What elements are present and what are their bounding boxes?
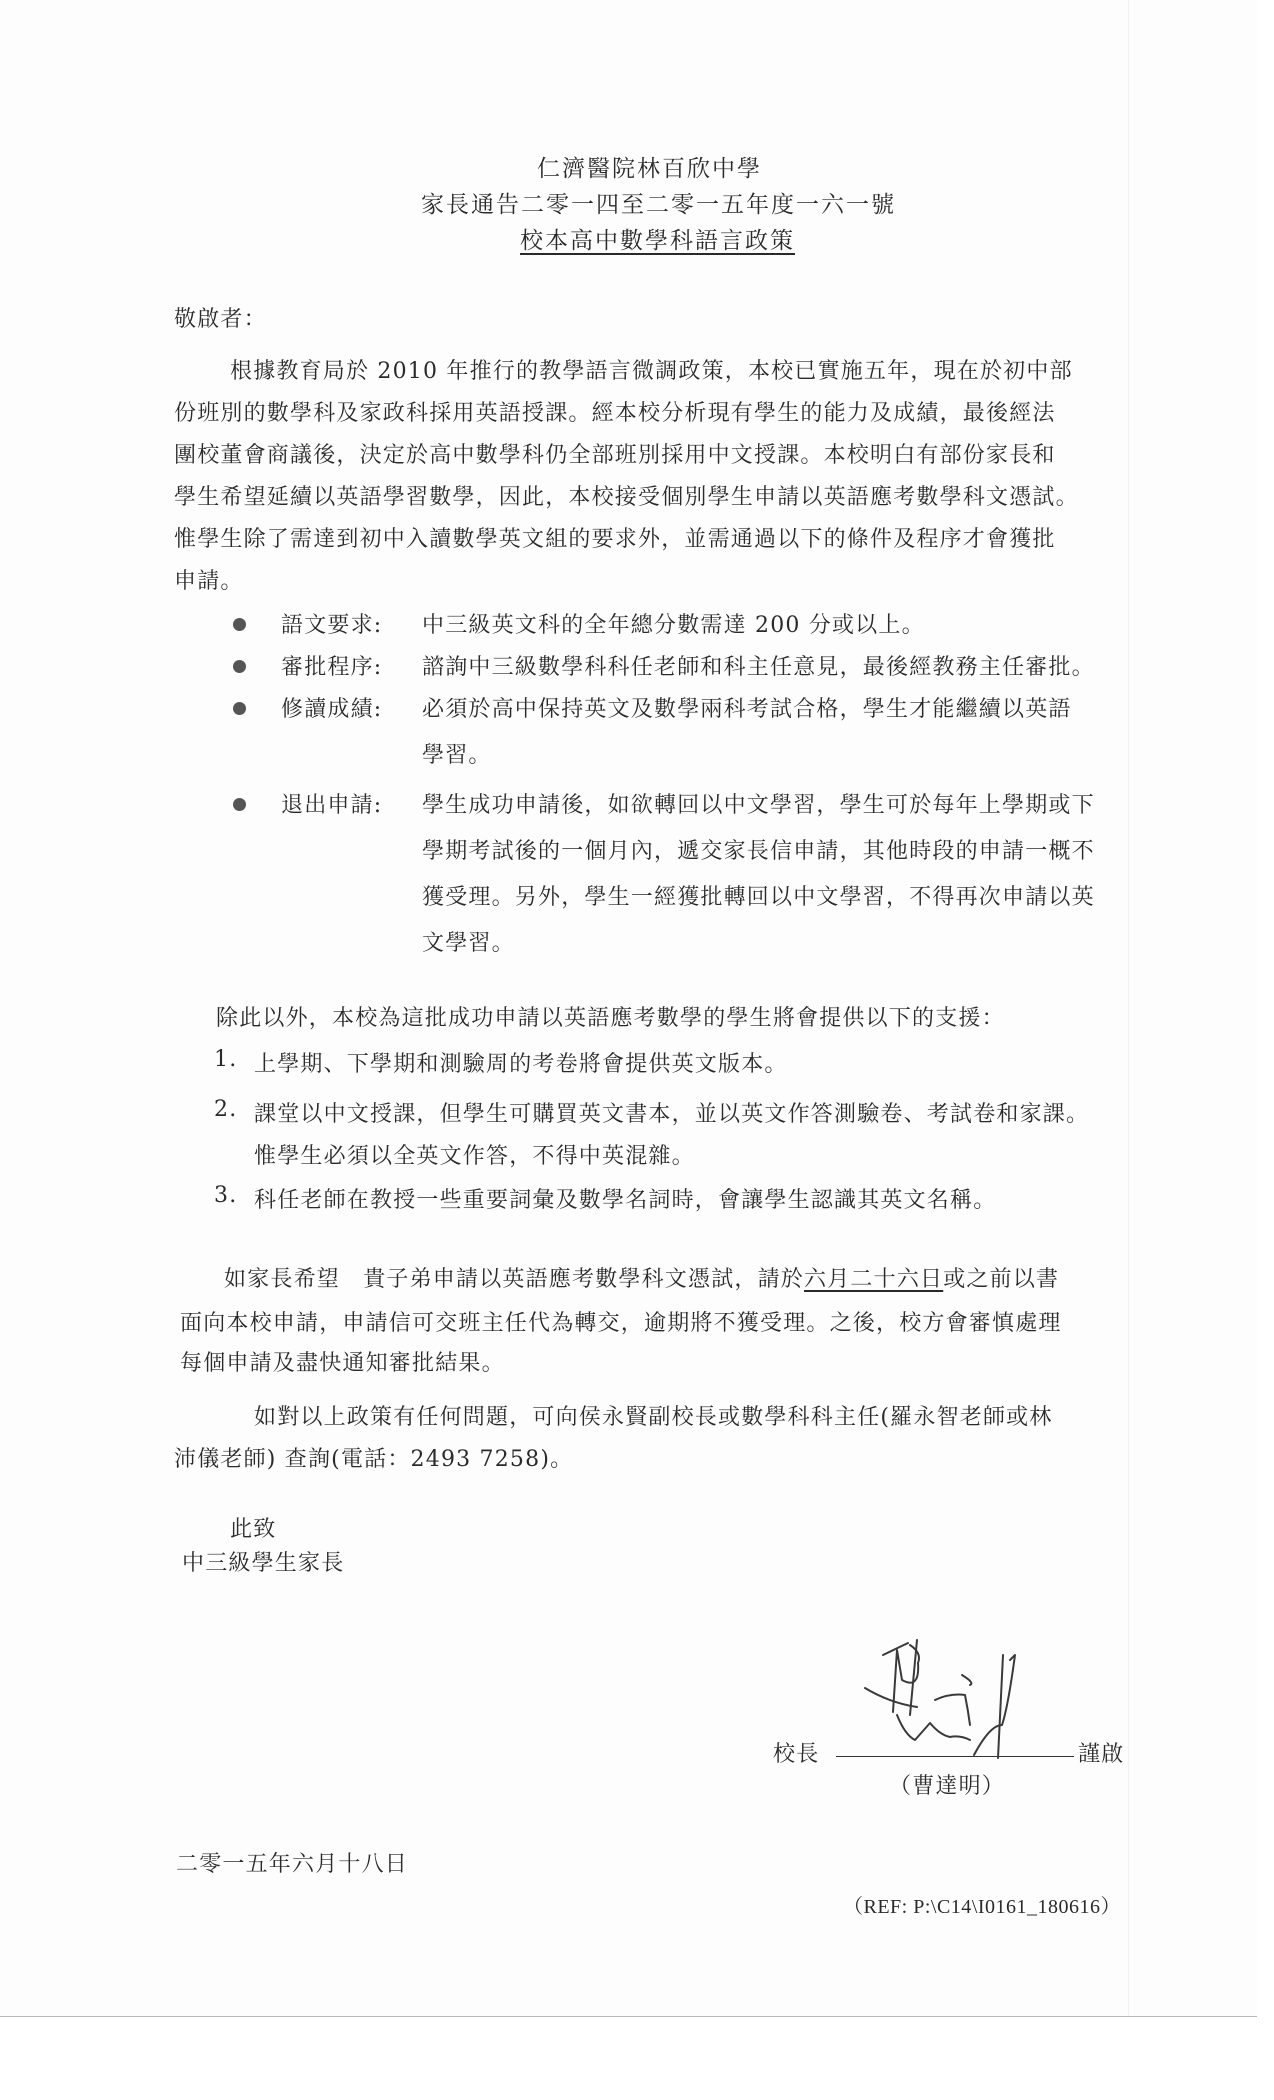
support-intro: 除此以外，本校為這批成功申請以英語應考數學的學生將會提供以下的支援： bbox=[216, 1001, 1005, 1032]
condition-text: 中三級英文科的全年總分數需達 200 分或以上。 bbox=[422, 608, 925, 639]
intro-line: 根據教育局於 2010 年推行的教學語言微調政策，本校已實施五年，現在於初中部 bbox=[230, 354, 1073, 385]
notice-number: 家長通告二零一四至二零一五年度一六一號 bbox=[421, 186, 896, 219]
application-text: 或之前以書 bbox=[943, 1267, 1059, 1292]
intro-line: 份班別的數學科及家政科採用英語授課。經本校分析現有學生的能力及成績，最後經法 bbox=[174, 396, 1056, 427]
closing-phrase: 此致 bbox=[230, 1512, 276, 1543]
document-date: 二零一五年六月十八日 bbox=[176, 1847, 408, 1878]
scan-artifact-line bbox=[1128, 0, 1129, 2016]
condition-label: 審批程序: bbox=[281, 650, 382, 681]
document-page: 仁濟醫院林百欣中學 家長通告二零一四至二零一五年度一六一號 校本高中數學科語言政… bbox=[0, 0, 1257, 2017]
signatory-title: 校長 bbox=[773, 1737, 819, 1768]
bullet-icon bbox=[233, 618, 246, 631]
salutation: 敬啟者： bbox=[174, 302, 267, 333]
support-number: 3. bbox=[214, 1183, 237, 1208]
condition-label: 修讀成績: bbox=[281, 692, 382, 723]
bullet-icon bbox=[233, 798, 246, 811]
condition-text: 諮詢中三級數學科科任老師和科主任意見，最後經教務主任審批。 bbox=[422, 650, 1095, 681]
reference-code: （REF: P:\C14\I0161_180616） bbox=[843, 1890, 1121, 1919]
support-number: 2. bbox=[214, 1097, 237, 1122]
application-line: 每個申請及盡快通知審批結果。 bbox=[180, 1346, 505, 1377]
support-text: 上學期、下學期和測驗周的考卷將會提供英文版本。 bbox=[254, 1047, 788, 1078]
support-text: 科任老師在教授一些重要詞彙及數學名詞時，會讓學生認識其英文名稱。 bbox=[254, 1183, 996, 1214]
condition-text: 文學習。 bbox=[422, 926, 515, 957]
intro-line: 惟學生除了需達到初中入讀數學英文組的要求外，並需通過以下的條件及程序才會獲批 bbox=[174, 522, 1056, 553]
document-title: 校本高中數學科語言政策 bbox=[520, 222, 795, 255]
support-text: 課堂以中文授課，但學生可購買英文書本，並以英文作答測驗卷、考試卷和家課。 bbox=[254, 1097, 1089, 1128]
intro-line: 團校董會商議後，決定於高中數學科仍全部班別採用中文授課。本校明白有部份家長和 bbox=[174, 438, 1056, 469]
condition-label: 退出申請: bbox=[281, 788, 382, 819]
sign-off: 謹啟 bbox=[1078, 1737, 1124, 1768]
bullet-icon bbox=[233, 702, 246, 715]
enquiry-line: 如對以上政策有任何問題，可向侯永賢副校長或數學科科主任(羅永智老師或林 bbox=[254, 1400, 1053, 1431]
intro-line: 申請。 bbox=[174, 564, 244, 595]
enquiry-line: 沛儀老師) 查詢(電話：2493 7258)。 bbox=[174, 1442, 573, 1473]
support-text: 惟學生必須以全英文作答，不得中英混雜。 bbox=[254, 1139, 695, 1170]
signature-scribble-icon bbox=[850, 1615, 1070, 1765]
condition-text: 獲受理。另外，學生一經獲批轉回以中文學習，不得再次申請以英 bbox=[422, 880, 1095, 911]
application-text: 如家長希望 貴子弟申請以英語應考數學科文憑試，請於 bbox=[224, 1267, 804, 1292]
application-line: 如家長希望 貴子弟申請以英語應考數學科文憑試，請於六月二十六日或之前以書 bbox=[224, 1262, 1059, 1293]
closing-recipient: 中三級學生家長 bbox=[182, 1546, 344, 1577]
application-line: 面向本校申請，申請信可交班主任代為轉交，逾期將不獲受理。之後，校方會審慎處理 bbox=[180, 1306, 1062, 1337]
condition-text: 學期考試後的一個月內，遞交家長信申請，其他時段的申請一概不 bbox=[422, 834, 1095, 865]
condition-text: 學習。 bbox=[422, 738, 492, 769]
support-number: 1. bbox=[214, 1047, 237, 1072]
bullet-icon bbox=[233, 660, 246, 673]
intro-line: 學生希望延續以英語學習數學，因此，本校接受個別學生申請以英語應考數學科文憑試。 bbox=[174, 480, 1079, 511]
condition-text: 學生成功申請後，如欲轉回以中文學習，學生可於每年上學期或下 bbox=[422, 788, 1095, 819]
condition-text: 必須於高中保持英文及數學兩科考試合格，學生才能繼續以英語 bbox=[422, 692, 1072, 723]
principal-name: （曹達明） bbox=[889, 1769, 1005, 1800]
condition-label: 語文要求: bbox=[281, 608, 382, 639]
application-deadline: 六月二十六日 bbox=[804, 1267, 943, 1292]
school-name: 仁濟醫院林百欣中學 bbox=[537, 150, 762, 183]
